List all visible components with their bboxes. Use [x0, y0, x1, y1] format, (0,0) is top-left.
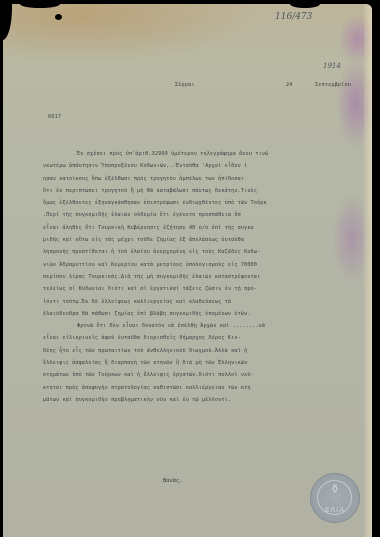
body-line: ἰόντι τούτῳ.Ἐκ δὲ ἐλλείψεως καλλιεργείας…	[43, 296, 343, 308]
year-annotation: 1914	[323, 62, 341, 70]
body-line: περίπου λίρας Τουρκικὰς.Διὰ τῆς μὴ συγκο…	[43, 271, 343, 283]
document-page: 116/473 1914 Σέρραι 24 Σεπτεμβρίου 6617 …	[3, 4, 372, 537]
stamp-text: ΕΛΙΑ	[311, 506, 359, 514]
body-line: ὅμως ἐξέλθοντες ἐξηναγκάσθησαν ἐπιστρέψω…	[43, 197, 343, 209]
body-line: ὅτι ἐν περιπτώσει τρυγητοῦ ἢ μὴ θὰ καταβ…	[43, 185, 343, 197]
telegram-body: Ἐν σχέσει πρὸς ὑπ'ἀριθ.32999 ὑμέτερον τη…	[43, 148, 343, 406]
header-day: 24	[286, 82, 293, 88]
paper-tear	[290, 0, 320, 8]
body-line: εἶναι εἰλικρινεῖς ἀφοῦ ἐνταῦθα διορισθεὶ…	[43, 332, 343, 344]
body-line: μιδῆς καὶ οὕτω εἰς τὰς μέχρι τοῦδε ζημία…	[43, 234, 343, 246]
body-line: κτημάτων ὑπὸ τῶν Τούρκων καὶ ἡ ἔλλειψις …	[43, 369, 343, 381]
body-line: Ἐν σχέσει πρὸς ὑπ'ἀριθ.32999 ὑμέτερον τη…	[43, 148, 343, 160]
body-line: .Περὶ τῆς συγκομιδῆς ἐλαιῶν οὐδεμία ἔτι …	[43, 209, 343, 221]
paper-stain	[3, 4, 263, 64]
paper-hole	[55, 14, 62, 20]
header-month: Σεπτεμβρίου	[315, 82, 351, 88]
body-line: νεωτέρω ἀπάντησιν Ὑποπροξένου Κοδωνιῶν,.…	[43, 160, 343, 172]
body-line: λησμονῆς προστίθεται ἡ τοῦ ἐλαίου ἀνερχο…	[43, 246, 343, 258]
paper-tear	[20, 0, 60, 8]
body-line: νιῶν Ἀδραμυττίου καὶ Κεμερίου κατὰ μετρί…	[43, 259, 343, 271]
body-line: κτηται πρὸς ἀποφυγὴν στρατολογίας καθιστ…	[43, 382, 343, 394]
body-line: τελείως αἱ Κυδωνίαι διότι καὶ αἱ ἐργατικ…	[43, 283, 343, 295]
body-line: ἔλλειψις ἀσφαλείας ἢ διαρπαγὴ τῶν κτηνῶν…	[43, 357, 343, 369]
archive-stamp: ⚱ ΕΛΙΑ	[310, 473, 360, 523]
signature: Βανᾶς.	[163, 478, 182, 484]
body-line: δέης ἦτο εἷς τῶν πρωταιτίων τοῦ ἀνθελλην…	[43, 345, 343, 357]
body-line: ησαν κατοίκους ὅπω ἐξέλθωσι πρὸς τρυγητὸ…	[43, 173, 343, 185]
body-line: ἐλαιόδενδρα θὰ πάθωσι ζημίας ἐπὶ βλάβη σ…	[43, 308, 343, 320]
paper-edge	[364, 4, 372, 537]
body-line: εἶναι ἀληθὲς ὅτι Τουρκικὴ Κυβέρνησις ἐζή…	[43, 222, 343, 234]
body-line: μάτων καὶ συγκομιδὴν προβληματικὴν νῦν κ…	[43, 394, 343, 406]
header-place: Σέρραι	[175, 82, 195, 88]
archive-reference-annotation: 116/473	[275, 12, 312, 22]
protocol-number: 6617	[48, 114, 61, 120]
amphora-icon: ⚱	[311, 482, 359, 496]
body-line: Φρονῶ ὅτι δὲν εἶναι δυνατὸν νὰ ἐπέλθῃ Ἀρ…	[43, 320, 343, 332]
